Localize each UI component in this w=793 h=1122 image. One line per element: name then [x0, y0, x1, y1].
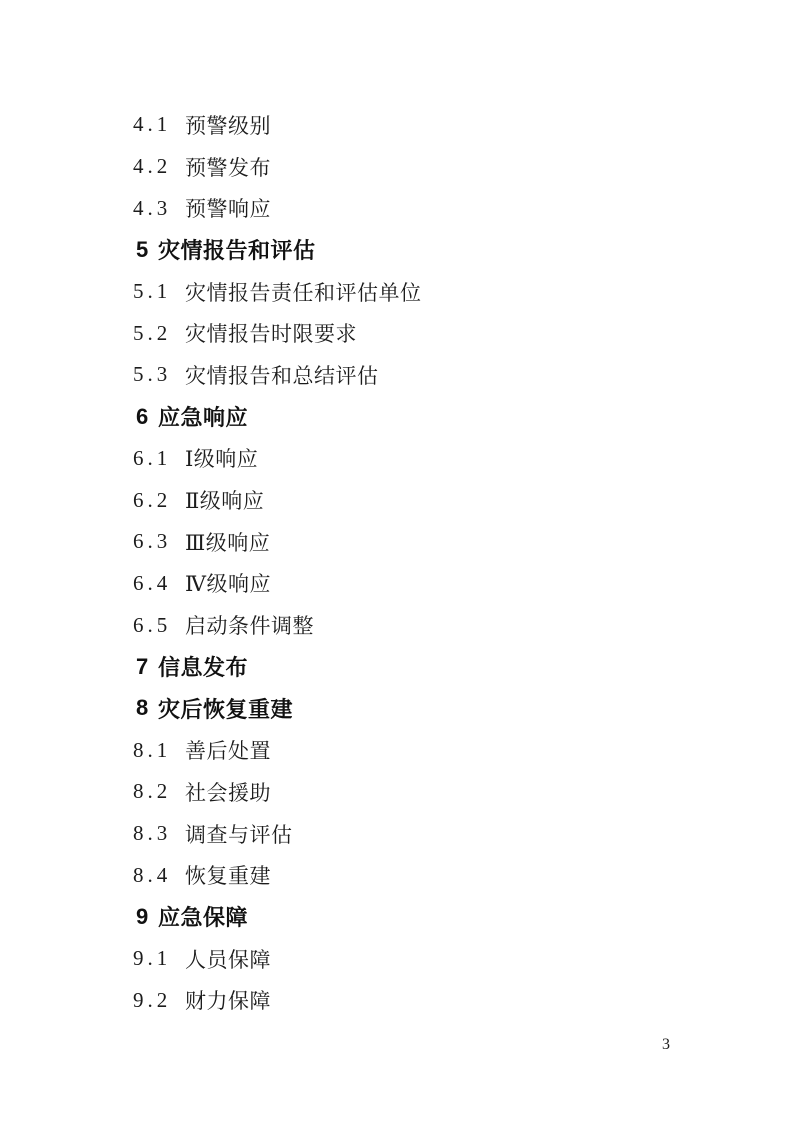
toc-entry-title: 恢复重建: [185, 860, 271, 890]
toc-entry-title: 财力保障: [185, 985, 271, 1015]
toc-entry: 8.3 调查与评估: [133, 813, 693, 855]
toc-entry: 5.2 灾情报告时限要求: [133, 312, 693, 354]
toc-entry-number: 9: [136, 904, 158, 930]
toc-entry: 6.1 Ⅰ级响应: [133, 438, 693, 480]
toc-entry: 9.1 人员保障: [133, 938, 693, 980]
toc-entry: 8.2 社会援助: [133, 771, 693, 813]
toc-entry-title: 应急保障: [158, 901, 248, 932]
toc-entry-number: 5.3: [133, 362, 185, 387]
toc-entry: 5 灾情报告和评估: [133, 229, 693, 271]
toc-entry-title: 灾后恢复重建: [158, 693, 293, 724]
toc-entry-number: 5.2: [133, 321, 185, 346]
toc-entry: 4.3 预警响应: [133, 187, 693, 229]
toc-entry-title: 灾情报告责任和评估单位: [185, 277, 422, 307]
page-number: 3: [662, 1036, 670, 1054]
document-page: 4.1 预警级别 4.2 预警发布 4.3 预警响应 5 灾情报告和评估 5.1…: [0, 0, 793, 1122]
toc-entry-number: 8.2: [133, 779, 185, 804]
toc-entry-title: Ⅱ级响应: [185, 485, 264, 515]
toc-entry-number: 8.1: [133, 738, 185, 763]
toc-entry-number: 6: [136, 404, 158, 430]
toc-entry-number: 6.5: [133, 613, 185, 638]
toc-entry: 4.1 预警级别: [133, 104, 693, 146]
toc-entry: 8 灾后恢复重建: [133, 688, 693, 730]
toc-entry-title: 社会援助: [185, 777, 271, 807]
toc-entry-number: 6.2: [133, 488, 185, 513]
toc-list: 4.1 预警级别 4.2 预警发布 4.3 预警响应 5 灾情报告和评估 5.1…: [133, 104, 693, 1021]
toc-entry: 5.3 灾情报告和总结评估: [133, 354, 693, 396]
toc-entry-title: Ⅳ级响应: [185, 568, 271, 598]
toc-entry: 6 应急响应: [133, 396, 693, 438]
toc-entry-number: 5: [136, 237, 158, 263]
toc-entry-number: 8.3: [133, 821, 185, 846]
toc-entry: 8.4 恢复重建: [133, 854, 693, 896]
toc-entry-number: 4.3: [133, 196, 185, 221]
toc-entry: 6.5 启动条件调整: [133, 604, 693, 646]
toc-entry-title: 预警发布: [185, 152, 271, 182]
toc-entry-title: 人员保障: [185, 944, 271, 974]
toc-entry-number: 8: [136, 695, 158, 721]
toc-entry: 6.3 Ⅲ级响应: [133, 521, 693, 563]
toc-entry-title: 启动条件调整: [185, 610, 314, 640]
toc-entry-title: 灾情报告时限要求: [185, 318, 357, 348]
toc-entry-title: 调查与评估: [185, 819, 293, 849]
toc-entry-number: 4.1: [133, 112, 185, 137]
toc-entry-title: Ⅲ级响应: [185, 527, 270, 557]
toc-entry: 9.2 财力保障: [133, 979, 693, 1021]
toc-entry-title: 信息发布: [158, 651, 248, 682]
toc-entry-title: Ⅰ级响应: [185, 443, 258, 473]
toc-entry-number: 8.4: [133, 863, 185, 888]
toc-entry-number: 6.1: [133, 446, 185, 471]
toc-entry-number: 7: [136, 654, 158, 680]
toc-entry-number: 9.2: [133, 988, 185, 1013]
toc-entry: 7 信息发布: [133, 646, 693, 688]
toc-entry: 9 应急保障: [133, 896, 693, 938]
toc-entry: 8.1 善后处置: [133, 729, 693, 771]
toc-entry-title: 灾情报告和评估: [158, 234, 316, 265]
toc-entry-number: 6.3: [133, 529, 185, 554]
toc-entry-number: 5.1: [133, 279, 185, 304]
toc-entry-number: 4.2: [133, 154, 185, 179]
toc-entry: 6.4 Ⅳ级响应: [133, 563, 693, 605]
toc-entry-number: 6.4: [133, 571, 185, 596]
toc-entry-title: 灾情报告和总结评估: [185, 360, 379, 390]
toc-entry: 4.2 预警发布: [133, 146, 693, 188]
toc-entry-title: 善后处置: [185, 735, 271, 765]
toc-entry-title: 应急响应: [158, 401, 248, 432]
toc-entry: 5.1 灾情报告责任和评估单位: [133, 271, 693, 313]
toc-entry-title: 预警级别: [185, 110, 271, 140]
toc-entry-title: 预警响应: [185, 193, 271, 223]
toc-entry: 6.2 Ⅱ级响应: [133, 479, 693, 521]
toc-entry-number: 9.1: [133, 946, 185, 971]
